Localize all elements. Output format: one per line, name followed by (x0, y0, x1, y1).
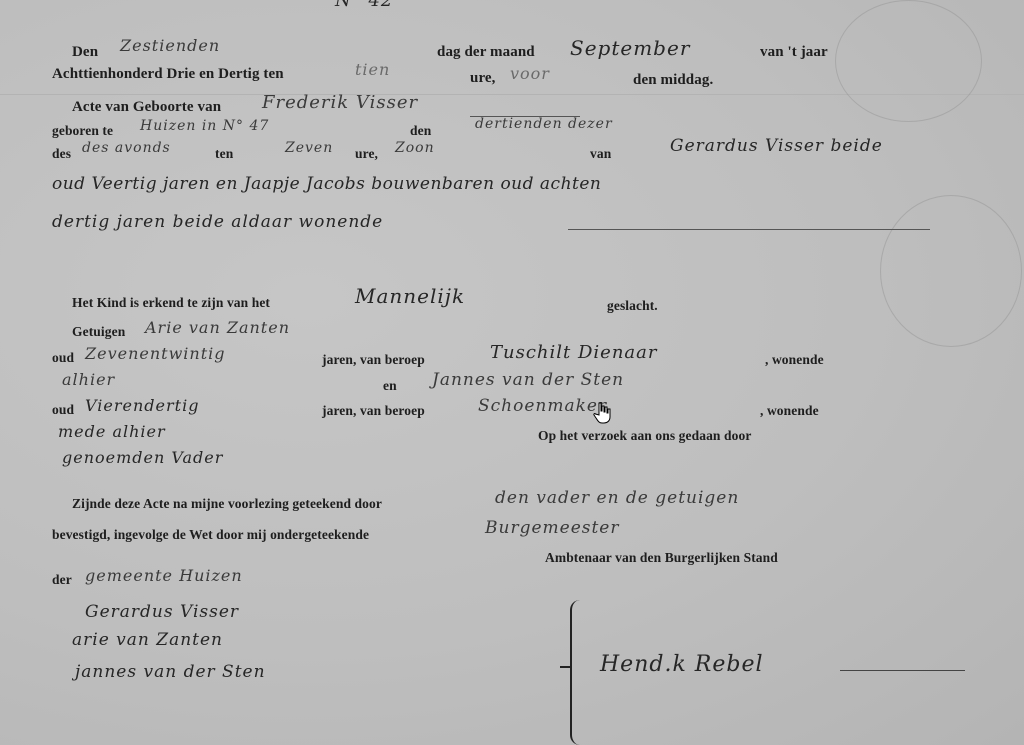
signature-left-1: Gerardus Visser (85, 602, 239, 622)
hw-requester: genoemden Vader (62, 448, 223, 467)
printed-den2: den (410, 123, 431, 139)
printed-van: van (590, 146, 611, 162)
printed-ure2: ure, (355, 146, 378, 162)
record-number: N° 42 (335, 0, 393, 11)
hw-child-name: Frederik Visser (262, 92, 418, 113)
hw-official: Burgemeester (485, 518, 620, 538)
hw-birthplace: Huizen in N° 47 (140, 118, 269, 134)
hw-father-line: Gerardus Visser beide (670, 136, 883, 156)
printed-ambtenaar: Ambtenaar van den Burgerlijken Stand (545, 550, 778, 566)
printed-des: des (52, 146, 71, 162)
hw-hour: tien (355, 60, 390, 79)
hw-time-of-day: des avonds (82, 140, 171, 156)
signature-left-2: arie van Zanten (72, 630, 223, 650)
printed-jaren-beroep1: jaren, van beroep (322, 352, 425, 368)
printed-ten: ten (215, 146, 233, 162)
hw-witness1-age: Zevenentwintig (85, 344, 226, 363)
printed-wonende2: , wonende (760, 403, 819, 419)
printed-acte-van: Acte van Geboorte van (72, 99, 221, 116)
hw-parents-line3: dertig jaren beide aldaar wonende (52, 212, 383, 232)
printed-geslacht: geslacht. (607, 298, 658, 314)
hw-witness1-job: Tuschilt Dienaar (490, 342, 657, 363)
printed-van-t-jaar: van 't jaar (760, 44, 828, 61)
printed-geboren-te: geboren te (52, 123, 113, 139)
hw-witness2-residence: mede alhier (58, 422, 166, 441)
hw-birth-date: dertienden dezer (475, 116, 613, 132)
hw-voor: voor (510, 64, 550, 83)
printed-der: der (52, 572, 72, 588)
hw-zoon: Zoon (395, 140, 435, 156)
seal-stamp (835, 0, 982, 122)
printed-den-middag: den middag. (633, 72, 713, 89)
printed-bevestigd: bevestigd, ingevolge de Wet door mij ond… (52, 527, 369, 543)
signature-brace (570, 600, 590, 745)
hw-witness2-job: Schoenmaker (478, 396, 607, 416)
printed-ure: ure, (470, 70, 496, 87)
hw-signed-by: den vader en de getuigen (495, 488, 739, 508)
hw-witness1-residence: alhier (62, 370, 115, 389)
printed-getuigen: Getuigen (72, 324, 125, 340)
printed-oud1: oud (52, 350, 74, 366)
printed-zijnde: Zijnde deze Acte na mijne voorlezing get… (72, 496, 382, 512)
printed-year-line: Achttienhonderd Drie en Dertig ten (52, 66, 284, 83)
hand-pointer-icon (593, 402, 611, 424)
printed-oud2: oud (52, 402, 74, 418)
hw-month: September (570, 36, 690, 60)
printed-jaren-beroep2: jaren, van beroep (322, 403, 425, 419)
hw-witness1-name: Arie van Zanten (145, 318, 290, 337)
hw-witness2-name: Jannes van der Sten (432, 370, 624, 390)
seal-stamp-faint (880, 195, 1022, 347)
signature-flourish (840, 670, 965, 671)
signature-right: Hend.k Rebel (600, 652, 764, 677)
hw-parents-line2: oud Veertig jaren en Jaapje Jacobs bouwe… (52, 174, 601, 194)
signature-left-3: jannes van der Sten (75, 662, 266, 682)
hw-birth-hour: Zeven (285, 140, 333, 156)
hw-day: Zestienden (120, 36, 220, 55)
printed-op-verzoek: Op het verzoek aan ons gedaan door (538, 428, 751, 444)
hw-witness2-age: Vierendertig (85, 396, 199, 415)
hw-gender: Mannelijk (355, 284, 465, 308)
printed-dag-der-maand: dag der maand (437, 44, 535, 61)
document-scan: N° 42 Den Zestienden dag der maand Septe… (0, 0, 1024, 745)
printed-wonende1: , wonende (765, 352, 824, 368)
fill-line (568, 229, 930, 230)
printed-en: en (383, 378, 397, 394)
printed-den: Den (72, 44, 98, 61)
printed-kind-erkend: Het Kind is erkend te zijn van het (72, 295, 270, 311)
hw-municipality: gemeente Huizen (85, 566, 243, 585)
